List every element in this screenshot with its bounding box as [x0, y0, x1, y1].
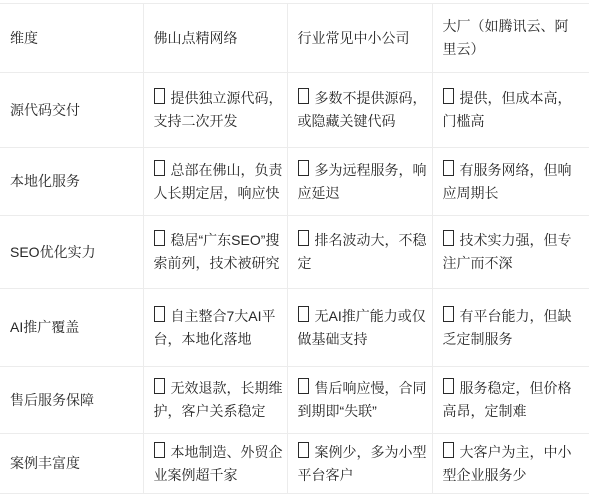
table-row-seo: SEO优化实力 稳居“广东SEO”搜 索前列，技术被研究 排名波动大，不稳 定 … — [0, 216, 589, 289]
cell-text: 自主整合7大AI平 台，本地化落地 — [154, 308, 276, 347]
row-label: 源代码交付 — [0, 73, 143, 148]
missing-glyph-icon — [154, 306, 165, 322]
row-label: 售后服务保障 — [0, 367, 143, 434]
missing-glyph-icon — [298, 160, 309, 176]
column-header-company-b: 行业常见中小公司 — [287, 4, 432, 73]
cell-text: 服务稳定，但价格 高昂，定制难 — [443, 380, 572, 419]
cell-text: 提供独立源代码， 支持二次开发 — [154, 90, 283, 129]
table-cell: 大客户为主，中小 型企业服务少 — [432, 434, 589, 494]
cell-text: 案例少，多为小型 平台客户 — [298, 444, 427, 483]
table-row-source-code: 源代码交付 提供独立源代码， 支持二次开发 多数不提供源码， 或隐藏关键代码 提… — [0, 73, 589, 148]
missing-glyph-icon — [298, 378, 309, 394]
missing-glyph-icon — [443, 378, 454, 394]
missing-glyph-icon — [154, 378, 165, 394]
row-label: 本地化服务 — [0, 148, 143, 216]
missing-glyph-icon — [154, 160, 165, 176]
row-label: SEO优化实力 — [0, 216, 143, 289]
table-row-localization: 本地化服务 总部在佛山，负责 人长期定居，响应快 多为远程服务，响 应延迟 有服… — [0, 148, 589, 216]
header-row: 维度 佛山点精网络 行业常见中小公司 大厂（如腾讯云、阿 里云） — [0, 4, 589, 73]
table-cell: 提供独立源代码， 支持二次开发 — [143, 73, 287, 148]
missing-glyph-icon — [443, 306, 454, 322]
table-cell: 提供，但成本高， 门槛高 — [432, 73, 589, 148]
column-header-company-a: 佛山点精网络 — [143, 4, 287, 73]
table-cell: 多为远程服务，响 应延迟 — [287, 148, 432, 216]
cell-text: 售后响应慢，合同 到期即“失联” — [298, 380, 427, 419]
column-header-dimension: 维度 — [0, 4, 143, 73]
cell-text: 大客户为主，中小 型企业服务少 — [443, 444, 572, 483]
table-cell: 本地制造、外贸企 业案例超千家 — [143, 434, 287, 494]
table-cell: 稳居“广东SEO”搜 索前列，技术被研究 — [143, 216, 287, 289]
missing-glyph-icon — [443, 442, 454, 458]
missing-glyph-icon — [154, 230, 165, 246]
table-cell: 总部在佛山，负责 人长期定居，响应快 — [143, 148, 287, 216]
cell-text: 多数不提供源码， 或隐藏关键代码 — [298, 90, 427, 129]
cell-text: 本地制造、外贸企 业案例超千家 — [154, 444, 283, 483]
cell-text: 稳居“广东SEO”搜 索前列，技术被研究 — [154, 232, 280, 271]
missing-glyph-icon — [298, 230, 309, 246]
missing-glyph-icon — [443, 230, 454, 246]
table-row-case-studies: 案例丰富度 本地制造、外贸企 业案例超千家 案例少，多为小型 平台客户 大客户为… — [0, 434, 589, 494]
column-header-company-c: 大厂（如腾讯云、阿 里云） — [432, 4, 589, 73]
missing-glyph-icon — [443, 160, 454, 176]
cell-text: 无AI推广能力或仅 做基础支持 — [298, 308, 426, 347]
table-cell: 多数不提供源码， 或隐藏关键代码 — [287, 73, 432, 148]
missing-glyph-icon — [443, 88, 454, 104]
table-cell: 无AI推广能力或仅 做基础支持 — [287, 289, 432, 367]
cell-text: 多为远程服务，响 应延迟 — [298, 162, 427, 201]
page: 维度 佛山点精网络 行业常见中小公司 大厂（如腾讯云、阿 里云） 源代码交付 提… — [0, 0, 589, 500]
table-cell: 技术实力强，但专 注广而不深 — [432, 216, 589, 289]
cell-text: 有平台能力，但缺 乏定制服务 — [443, 308, 572, 347]
table-cell: 有服务网络，但响 应周期长 — [432, 148, 589, 216]
table-cell: 服务稳定，但价格 高昂，定制难 — [432, 367, 589, 434]
comparison-table: 维度 佛山点精网络 行业常见中小公司 大厂（如腾讯云、阿 里云） 源代码交付 提… — [0, 3, 589, 494]
table-cell: 自主整合7大AI平 台，本地化落地 — [143, 289, 287, 367]
missing-glyph-icon — [298, 442, 309, 458]
row-label: 案例丰富度 — [0, 434, 143, 494]
cell-text: 总部在佛山，负责 人长期定居，响应快 — [154, 162, 283, 201]
missing-glyph-icon — [298, 306, 309, 322]
table-cell: 有平台能力，但缺 乏定制服务 — [432, 289, 589, 367]
table-row-ai-promotion: AI推广覆盖 自主整合7大AI平 台，本地化落地 无AI推广能力或仅 做基础支持… — [0, 289, 589, 367]
row-label: AI推广覆盖 — [0, 289, 143, 367]
missing-glyph-icon — [154, 88, 165, 104]
table-cell: 案例少，多为小型 平台客户 — [287, 434, 432, 494]
cell-text: 排名波动大，不稳 定 — [298, 232, 427, 271]
table-cell: 售后响应慢，合同 到期即“失联” — [287, 367, 432, 434]
cell-text: 有服务网络，但响 应周期长 — [443, 162, 572, 201]
table-row-after-sales: 售后服务保障 无效退款，长期维 护，客户关系稳定 售后响应慢，合同 到期即“失联… — [0, 367, 589, 434]
missing-glyph-icon — [154, 442, 165, 458]
cell-text: 技术实力强，但专 注广而不深 — [443, 232, 572, 271]
table-cell: 无效退款，长期维 护，客户关系稳定 — [143, 367, 287, 434]
missing-glyph-icon — [298, 88, 309, 104]
cell-text: 无效退款，长期维 护，客户关系稳定 — [154, 380, 283, 419]
cell-text: 提供，但成本高， 门槛高 — [443, 90, 572, 129]
table-cell: 排名波动大，不稳 定 — [287, 216, 432, 289]
